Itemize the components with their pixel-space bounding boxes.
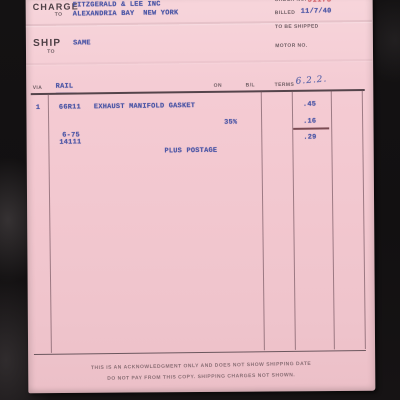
item-part-number: 66R11 [59, 104, 81, 112]
via-label: VIA [33, 86, 43, 91]
bl-label: B/L [246, 83, 255, 88]
table-column-line [331, 90, 335, 349]
footer-disclaimer-line2: DO NOT PAY FROM THIS COPY. SHIPPING CHAR… [41, 372, 361, 383]
order-no-label: ORDER NO. [275, 0, 307, 3]
motor-no-label: MOTOR NO. [275, 44, 307, 49]
invoice-content: CHARGE TO FITZGERALD & LEE INC ALEXANDRI… [26, 0, 376, 393]
table-column-line [48, 94, 52, 353]
ship-to-value: SAME [73, 40, 91, 48]
table-bottom-rule [34, 350, 366, 355]
footer-disclaimer-line1: THIS IS AN ACKNOWLEDGMENT ONLY AND DOES … [41, 361, 361, 372]
table-header-rule [31, 89, 365, 95]
billed-label: BILLED [275, 11, 296, 16]
ship-label: SHIP [33, 39, 61, 49]
table-column-line [261, 91, 265, 350]
billed-date: 11/7/40 [301, 8, 332, 16]
customer-address: ALEXANDRIA BAY NEW YORK [73, 10, 179, 19]
paper-crease [26, 20, 372, 26]
item-description: EXHAUST MANIFOLD GASKET [94, 103, 195, 112]
item-qty: 1 [36, 105, 40, 113]
table-column-line [362, 90, 366, 349]
subtraction-rule [293, 127, 329, 129]
ship-to-label: TO [47, 50, 55, 55]
order-no-value: 31173 [308, 0, 332, 5]
charge-to-label: TO [55, 13, 63, 18]
to-be-shipped-label: TO BE SHIPPED [275, 25, 319, 31]
reference-number: 14111 [59, 139, 81, 147]
terms-label: TERMS [275, 83, 295, 88]
item-amount: .45 [303, 102, 316, 110]
discount-percent: 35% [224, 120, 237, 128]
paper-crease [26, 59, 373, 65]
invoice-sheet: CHARGE TO FITZGERALD & LEE INC ALEXANDRI… [26, 0, 376, 393]
discount-amount: .16 [303, 119, 316, 127]
on-label: ON [214, 84, 222, 89]
net-amount: .29 [303, 135, 316, 143]
plus-postage-note: PLUS POSTAGE [164, 148, 217, 156]
terms-handwritten-value: 6.2.2. [295, 74, 327, 87]
